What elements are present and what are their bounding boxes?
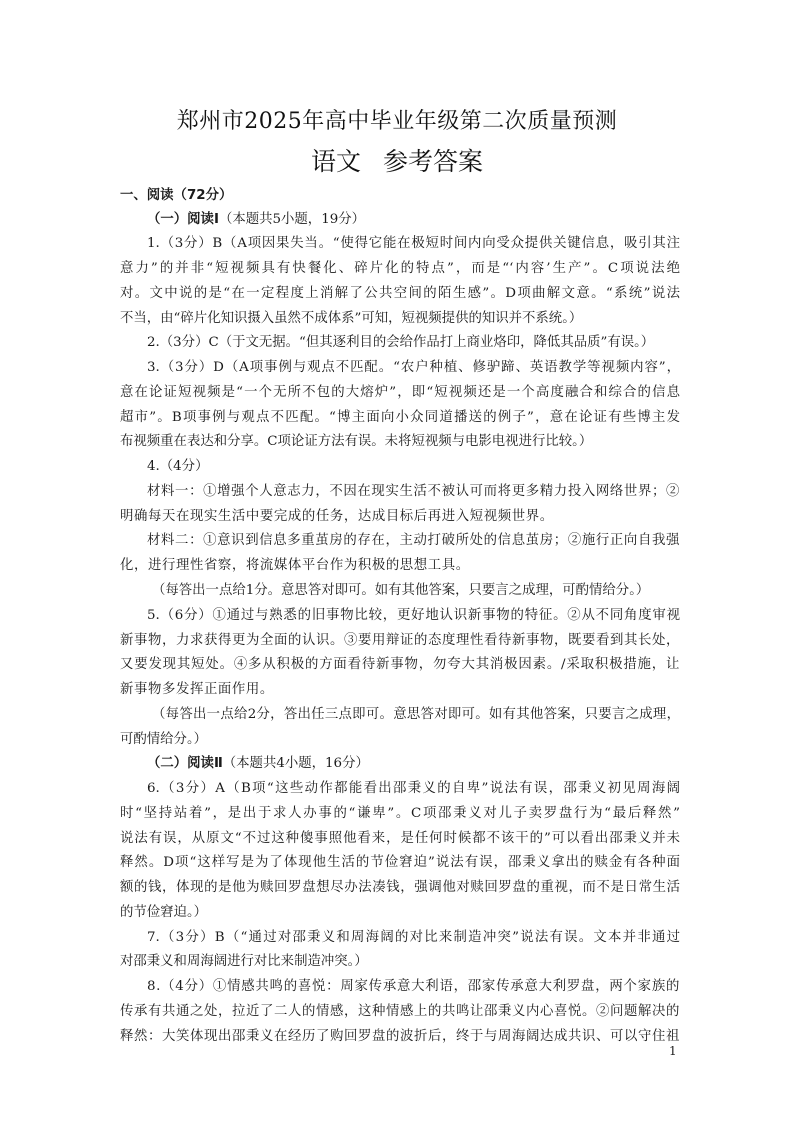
answer-line: 的节俭窘迫。）	[120, 904, 680, 922]
subtitle-subject: 语文	[311, 147, 361, 176]
part2-heading: （二）阅读Ⅱ（本题共4小题，16分）	[147, 755, 680, 773]
answer-line: 释然：大笑体现出邵秉义在经历了购回罗盘的波折后，终于与周海阔达成共识、可以守住祖	[120, 1028, 680, 1046]
answer-line: 材料一：①增强个人意志力，不因在现实生活不被认可而将更多精力投入网络世界；②	[147, 483, 680, 501]
answer-line: 说法有误，从原文“不过这种傻事照他看来，是任何时候都不该干的”可以看出邵秉义并未	[120, 830, 680, 848]
answer-line: 5.（6分）①通过与熟悉的旧事物比较，更好地认识新事物的特征。②从不同角度审视	[147, 607, 680, 625]
answer-line: 明确每天在现实生活中要完成的任务，达成目标后再进入短视频世界。	[120, 508, 680, 526]
answer-key-page: 郑州市2025年高中毕业年级第二次质量预测 语文参考答案 一、阅读（72分） （…	[0, 0, 794, 1123]
answer-line: 不当，由“碎片化知识摄入虽然不成体系”可知，短视频提供的知识并不系统。）	[120, 310, 680, 328]
document-subtitle: 语文参考答案	[0, 142, 794, 178]
answer-line: 6.（3分）A（B项“这些动作都能看出邵秉义的自卑”说法有误，邵秉义初见周海阔	[147, 780, 680, 798]
document-title: 郑州市2025年高中毕业年级第二次质量预测	[0, 104, 794, 135]
answer-line: 释然。D项“这样写是为了体现他生活的节俭窘迫”说法有误，邵秉义拿出的赎金有各种面	[120, 854, 680, 872]
part2-heading-note: （本题共4小题，16分）	[223, 756, 369, 771]
scoring-note: （每答出一点给1分。意思答对即可。如有其他答案，只要言之成理，可酌情给分。）	[152, 582, 712, 600]
answer-line: 化，进行理性省察，将流媒体平台作为积极的思想工具。	[120, 557, 680, 575]
answer-line: 新事物多发挥正面作用。	[120, 681, 680, 699]
scoring-note: （每答出一点给2分，答出任三点即可。意思答对即可。如有其他答案，只要言之成理，	[152, 706, 680, 724]
answer-line: 1.（3分）B（A项因果失当。“使得它能在极短时间内向受众提供关键信息，吸引其注	[147, 235, 680, 253]
answer-line: 新事物，力求获得更为全面的认识。③要用辩证的态度理性看待新事物，既要看到其长处，	[120, 632, 680, 650]
answer-line: 传承有共通之处，拉近了二人的情感，这种情感上的共鸣让邵秉义内心喜悦。②问题解决的	[120, 1003, 680, 1021]
subtitle-answer-key: 参考答案	[383, 147, 483, 176]
part1-heading-note: （本题共5小题，19分）	[219, 212, 365, 227]
answer-line: 时“坚持站着”，是出于求人办事的“谦卑”。C项邵秉义对儿子卖罗盘行为“最后释然”	[120, 805, 680, 823]
part1-heading: （一）阅读Ⅰ（本题共5小题，19分）	[147, 211, 680, 229]
answer-line: 材料二：①意识到信息多重茧房的存在，主动打破所处的信息茧房；②施行正向自我强	[147, 532, 680, 550]
answer-line: 2.（3分）C（于文无据。“但其逐利目的会给作品打上商业烙印，降低其品质”有误。…	[147, 334, 680, 352]
part2-heading-title: （二）阅读Ⅱ	[147, 756, 223, 771]
answer-line: 7.（3分）B（“通过对邵秉义和周海阔的对比来制造冲突”说法有误。文本并非通过	[147, 929, 680, 947]
answer-line: 3.（3分）D（A项事例与观点不匹配。“农户种植、修驴蹄、英语教学等视频内容”，	[147, 359, 680, 377]
answer-line: 对。文中说的是“在一定程度上消解了公共空间的陌生感”。D项曲解文意。“系统”说法	[120, 285, 680, 303]
answer-line: 又要发现其短处。④多从积极的方面看待新事物，勿夸大其消极因素。/采取积极措施，让	[120, 656, 680, 674]
answer-line: 4.（4分）	[147, 458, 680, 476]
answer-line: 超市”。B项事例与观点不匹配。“博主面向小众同道播送的例子”，意在论证有些博主发	[120, 409, 680, 427]
scoring-note: 可酌情给分。）	[120, 731, 680, 749]
section-heading-reading: 一、阅读（72分）	[120, 187, 680, 205]
page-number: 1	[669, 1044, 677, 1058]
answer-line: 对邵秉义和周海阔进行对比来制造冲突。）	[120, 953, 680, 971]
answer-line: 8.（4分）①情感共鸣的喜悦：周家传承意大利语，邵家传承意大利罗盘，两个家族的	[147, 978, 680, 996]
answer-line: 意力”的并非“短视频具有快餐化、碎片化的特点”，而是“‘内容’生产”。C项说法绝	[120, 260, 680, 278]
answer-line: 布视频重在表达和分享。C项论证方法有误。未将短视频与电影电视进行比较。）	[120, 433, 680, 451]
answer-line: 意在论证短视频是“一个无所不包的大熔炉”，即“短视频还是一个高度融合和综合的信息	[120, 384, 680, 402]
answer-line: 额的钱，体现的是他为赎回罗盘想尽办法凑钱，强调他对赎回罗盘的重视，而不是日常生活	[120, 879, 680, 897]
part1-heading-title: （一）阅读Ⅰ	[147, 212, 219, 227]
